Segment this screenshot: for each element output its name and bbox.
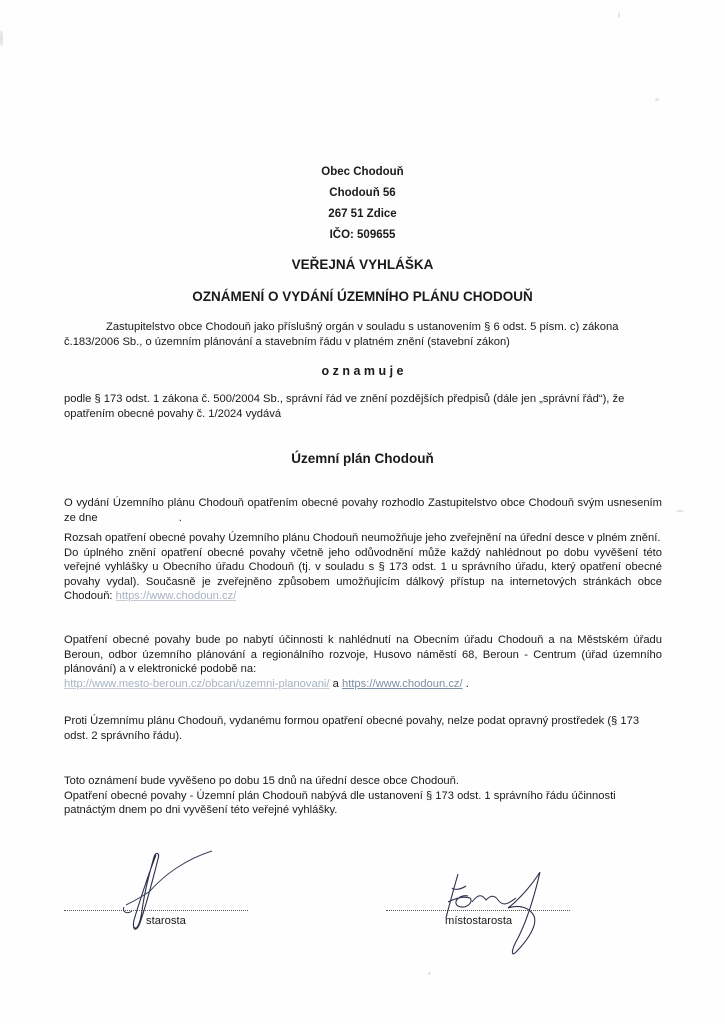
issuer-address: Chodouň 56	[0, 183, 725, 204]
issuer-postal: 267 51 Zdice	[0, 204, 725, 225]
scanned-document-page: Obec Chodouň Chodouň 56 267 51 Zdice IČO…	[0, 0, 725, 1024]
announces-heading: o z n a m u j e	[0, 364, 725, 379]
chodoun-website-link-2[interactable]: https://www.chodoun.cz/	[342, 678, 463, 690]
decision-text: O vydání Územního plánu Chodouň opatření…	[64, 497, 662, 524]
scope-paragraph: Rozsah opatření obecné povahy Územního p…	[64, 531, 662, 604]
issuer-ico: IČO: 509655	[0, 225, 725, 246]
mayor-signature-icon	[120, 845, 220, 940]
availability-end: .	[466, 678, 469, 690]
document-type: VEŘEJNÁ VYHLÁŠKA	[0, 258, 725, 273]
beroun-planning-link[interactable]: http://www.mesto-beroun.cz/obcan/uzemni-…	[64, 678, 330, 690]
posting-paragraph: Toto oznámení bude vyvěšeno po dobu 15 d…	[64, 774, 662, 818]
issuer-name: Obec Chodouň	[0, 162, 725, 183]
appeal-paragraph: Proti Územnímu plánu Chodouň, vydanému f…	[64, 714, 662, 743]
scan-speck	[428, 972, 431, 975]
scan-speck	[618, 12, 620, 18]
document-title: OZNÁMENÍ O VYDÁNÍ ÚZEMNÍHO PLÁNU CHODOUŇ	[0, 290, 725, 305]
availability-text: Opatření obecné povahy bude po nabytí úč…	[64, 634, 662, 675]
decision-paragraph: O vydání Územního plánu Chodouň opatření…	[64, 496, 662, 525]
legal-basis-paragraph: podle § 173 odst. 1 zákona č. 500/2004 S…	[64, 392, 662, 421]
posting-line-2: Opatření obecné povahy - Územní plán Cho…	[64, 789, 662, 818]
plan-heading: Územní plán Chodouň	[0, 452, 725, 467]
availability-paragraph: Opatření obecné povahy bude po nabytí úč…	[64, 633, 662, 691]
issuer-header: Obec Chodouň Chodouň 56 267 51 Zdice IČO…	[0, 162, 725, 246]
scan-speck	[0, 30, 3, 46]
chodoun-website-link[interactable]: https://www.chodoun.cz/	[116, 590, 237, 602]
scan-speck	[676, 510, 684, 512]
deputy-mayor-signature-icon	[430, 868, 550, 958]
availability-connector: a	[333, 678, 339, 690]
decision-end: .	[179, 512, 182, 524]
posting-line-1: Toto oznámení bude vyvěšeno po dobu 15 d…	[64, 774, 662, 789]
scope-line-2: Do úplného znění opatření obecné povahy …	[64, 546, 662, 604]
scope-line-1: Rozsah opatření obecné povahy Územního p…	[64, 531, 662, 546]
intro-paragraph: Zastupitelstvo obce Chodouň jako přísluš…	[64, 320, 662, 349]
scan-speck	[655, 98, 659, 101]
